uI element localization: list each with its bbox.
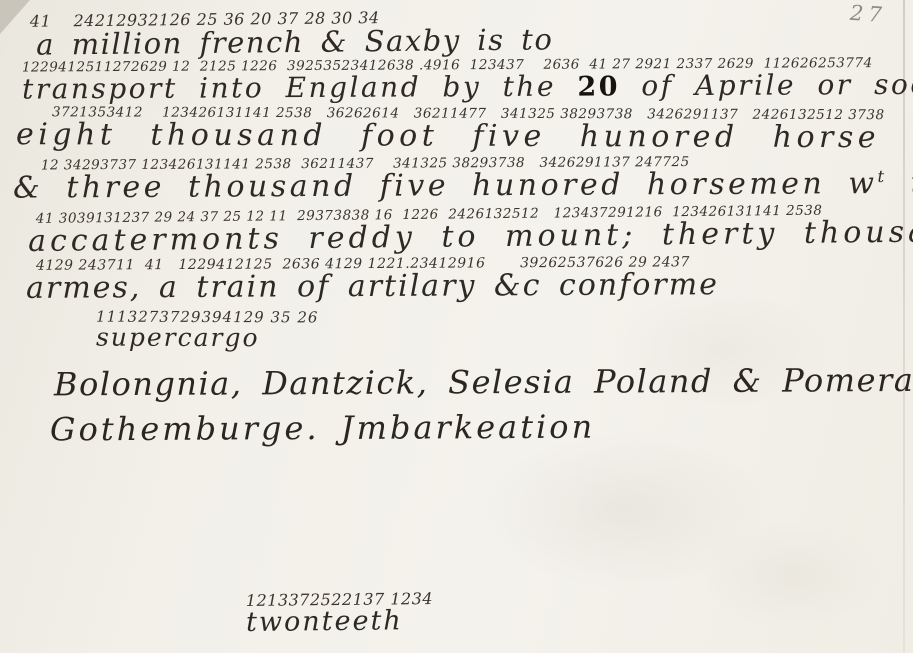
places-line-1: Bolongnia, Dantzick, Selesia Poland & Po… <box>54 364 913 404</box>
cipher-line-1: 41 24212932126 25 36 20 37 28 30 34 a mi… <box>30 6 554 61</box>
paper-stain <box>700 520 880 630</box>
plaintext-segment: of Aprile or sooner <box>620 67 913 102</box>
plaintext-line: twonteeth <box>246 605 433 638</box>
cipher-line-6: 4129 243711 41 1229412125 2636 4129 1221… <box>26 254 719 306</box>
cipher-line-5: 41 3039131237 29 24 37 25 12 11 29373838… <box>28 201 913 259</box>
places-line-2: Gothemburge. Jmbarkeation <box>50 411 595 449</box>
plaintext-line: supercargo <box>96 323 319 353</box>
plaintext-segment: transport into England by the <box>22 70 578 106</box>
plaintext-line: eight thousand foot five hunored horse m… <box>16 117 913 156</box>
cipher-line-4: 12 34293737 123426131141 2538 36211437 3… <box>13 152 913 205</box>
page-number: 27 <box>849 1 887 28</box>
plaintext-line: armes, a train of artilary &c conforme <box>26 267 719 306</box>
date-numeral: 20 <box>577 71 620 102</box>
plaintext-line: & three thousand five hunored horsemen w… <box>13 165 913 205</box>
cipher-line-footer: 1213372522137 1234 twonteeth <box>246 589 434 638</box>
place-names: Gothemburge. Jmbarkeation <box>50 408 595 449</box>
plaintext-segment: & three thousand five hunored horsemen w <box>13 166 878 206</box>
plaintext-segment: their <box>888 165 913 201</box>
superscript-t: t <box>877 167 887 186</box>
place-names: Bolongnia, Dantzick, Selesia Poland & Po… <box>54 361 913 404</box>
cipher-line-supercargo: 1113273729394129 35 26 supercargo <box>96 308 319 353</box>
cipher-line-3: 3721353412 123426131141 2538 36262614 36… <box>16 104 913 156</box>
manuscript-page: 27 41 24212932126 25 36 20 37 28 30 34 a… <box>0 0 913 653</box>
cipher-line-2: 1229412511272629 12 2125 1226 3925352341… <box>22 54 913 105</box>
plaintext-line: transport into England by the 20 of Apri… <box>22 67 913 105</box>
ink-showthrough-smudge <box>480 430 770 590</box>
plaintext-line: a million french & Saxby is to <box>36 22 554 61</box>
